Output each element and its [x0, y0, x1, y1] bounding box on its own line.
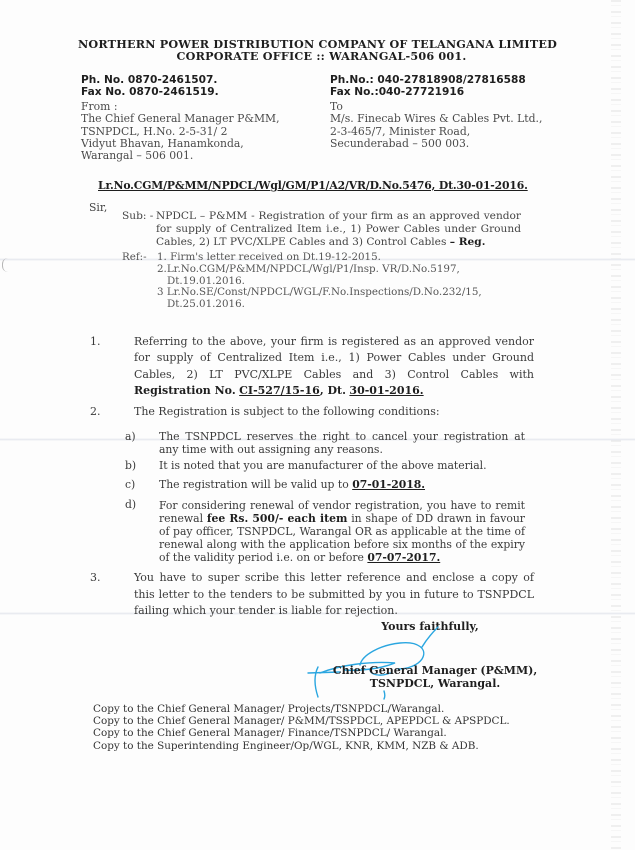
condition-text: The TSNPDCL reserves the right to cancel…	[159, 431, 525, 456]
registration-number: CI-527/15-16	[239, 384, 320, 397]
registration-date-label: , Dt.	[320, 384, 346, 397]
copy-to-item: Copy to the Superintending Engineer/Op/W…	[93, 740, 510, 752]
sender-phone: Ph. No. 0870-2461507.	[81, 74, 311, 86]
condition-c: c) The registration will be valid up to …	[125, 479, 525, 492]
copy-to-list: Copy to the Chief General Manager/ Proje…	[93, 703, 510, 752]
condition-label: c)	[125, 479, 135, 492]
scan-edge-artifact	[611, 0, 621, 850]
recipient-line: M/s. Finecab Wires & Cables Pvt. Ltd.,	[330, 113, 590, 125]
registration-date: 30-01-2016.	[349, 384, 423, 397]
paragraph-number: 2.	[90, 404, 101, 420]
subject-label: Sub: -	[122, 210, 153, 223]
subject-suffix: – Reg.	[450, 236, 486, 248]
condition-b: b) It is noted that you are manufacturer…	[125, 460, 525, 473]
registration-label: Registration No.	[134, 384, 236, 397]
letter-page: NORTHERN POWER DISTRIBUTION COMPANY OF T…	[0, 0, 635, 850]
copy-to-item: Copy to the Chief General Manager/ Finan…	[93, 727, 510, 739]
recipient-phone: Ph.No.: 040-27818908/27816588	[330, 74, 590, 86]
signatory-title: Chief General Manager (P&MM),	[330, 664, 540, 677]
condition-text: The registration will be valid up to	[159, 478, 349, 491]
condition-label: b)	[125, 460, 136, 473]
copy-to-item: Copy to the Chief General Manager/ Proje…	[93, 703, 510, 715]
paragraph-3: 3. You have to super scribe this letter …	[90, 570, 534, 620]
sender-line: The Chief General Manager P&MM,	[81, 113, 311, 125]
office-address: CORPORATE OFFICE :: WARANGAL-506 001.	[4, 49, 635, 63]
recipient-block: Ph.No.: 040-27818908/27816588 Fax No.:04…	[330, 74, 590, 150]
condition-a: a) The TSNPDCL reserves the right to can…	[125, 431, 525, 456]
paragraph-text: Referring to the above, your firm is reg…	[134, 335, 534, 381]
references-label: Ref:-	[122, 252, 147, 264]
condition-label: d)	[125, 499, 136, 512]
paragraph-text: You have to super scribe this letter ref…	[134, 570, 534, 620]
signatory-organization: TSNPDCL, Warangal.	[330, 677, 540, 690]
recipient-line: Secunderabad – 500 003.	[330, 138, 590, 150]
condition-d: d) For considering renewal of vendor reg…	[125, 499, 525, 564]
paragraph-text: The Registration is subject to the follo…	[134, 404, 534, 420]
sender-fax: Fax No. 0870-2461519.	[81, 86, 311, 98]
renewal-fee: fee Rs. 500/- each item	[207, 512, 348, 525]
sender-block: Ph. No. 0870-2461507. Fax No. 0870-24615…	[81, 74, 311, 163]
paragraph-2: 2. The Registration is subject to the fo…	[90, 404, 534, 420]
recipient-fax: Fax No.:040-27721916	[330, 86, 590, 98]
renewal-deadline: 07-07-2017.	[367, 551, 440, 564]
validity-date: 07-01-2018.	[352, 478, 425, 491]
condition-label: a)	[125, 431, 136, 444]
letter-reference-number: Lr.No.CGM/P&MM/NPDCL/Wgl/GM/P1/A2/VR/D.N…	[98, 179, 528, 192]
condition-text: It is noted that you are manufacturer of…	[159, 460, 525, 473]
scan-mark	[2, 258, 9, 272]
paragraph-1: 1. Referring to the above, your firm is …	[90, 334, 534, 400]
reference-item-date: Dt.25.01.2016.	[157, 299, 522, 311]
copy-to-item: Copy to the Chief General Manager/ P&MM/…	[93, 715, 510, 727]
paragraph-number: 3.	[90, 570, 101, 586]
salutation: Sir,	[89, 201, 107, 214]
reference-item: 2.Lr.No.CGM/P&MM/NPDCL/Wgl/P1/Insp. VR/D…	[157, 264, 522, 276]
subject: Sub: - NPDCL – P&MM - Registration of yo…	[122, 210, 444, 249]
references: Ref:- 1. Firm's letter received on Dt.19…	[122, 252, 522, 311]
paragraph-number: 1.	[90, 334, 101, 350]
sender-line: Warangal – 506 001.	[81, 150, 311, 162]
